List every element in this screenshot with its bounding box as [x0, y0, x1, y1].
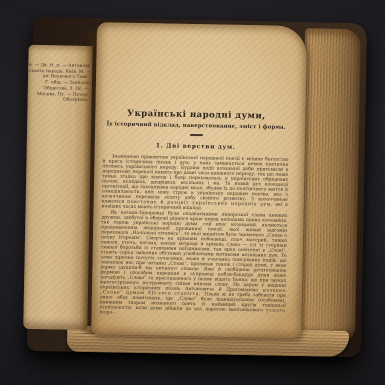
left-page-line: Обозрѣніе. [29, 97, 89, 104]
open-book: в. — Дв. Н. п. — Антонович— ського народ… [15, 11, 370, 362]
paragraph-text: Як козаки-Запорожці були спадкоємцями ли… [100, 210, 288, 294]
section-heading: 1. Дві верстви дум. [103, 141, 289, 152]
left-page-text-fragment: в. — Дв. Н. п. — Антонович— ського народ… [29, 63, 90, 104]
body-paragraph-2: Як козаки-Запорожці були спадкоємцями ли… [99, 210, 287, 320]
paragraph-text: Знаменною прикметою української народньо… [102, 154, 289, 205]
page-subtitle: Їх історичний відклад, наверствованнє, з… [103, 121, 289, 131]
page-title: Українські народні думи, [103, 108, 289, 122]
right-page-content: Українські народні думи, Їх історичний в… [99, 108, 289, 332]
body-text: Знаменною прикметою української народньо… [99, 154, 288, 319]
photo-background: в. — Дв. Н. п. — Антонович— ського народ… [0, 0, 385, 385]
right-page: Українські народні думи, Їх історичний в… [91, 22, 307, 338]
body-paragraph-1: Знаменною прикметою української народньо… [102, 154, 289, 213]
ornament-divider [189, 134, 202, 136]
page-edges-right [299, 28, 361, 341]
